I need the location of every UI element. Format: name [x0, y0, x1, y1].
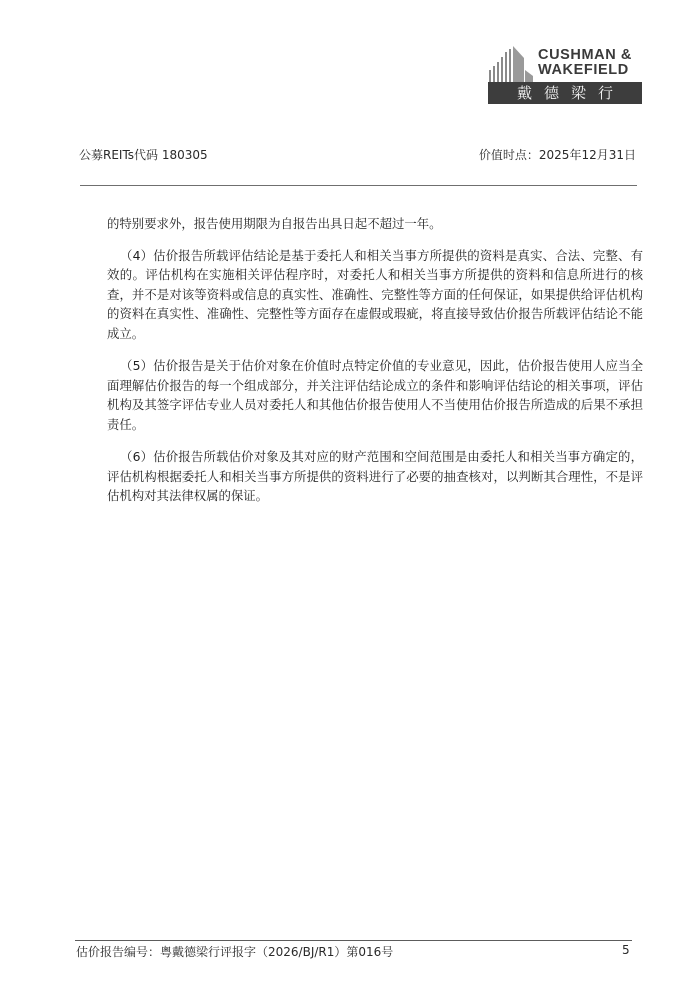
header-divider	[80, 185, 637, 186]
report-body: 的特别要求外，报告使用期限为自报告出具日起不超过一年。 （4）估价报告所载评估结…	[107, 214, 643, 519]
company-logo: CUSHMAN & WAKEFIELD 戴德梁行	[488, 44, 642, 104]
reits-code: 公募REITs代码 180305	[79, 146, 208, 163]
logo-brand-text: CUSHMAN & WAKEFIELD	[538, 48, 632, 78]
paragraph-item-6: （6）估价报告所载估价对象及其对应的财产范围和空间范围是由委托人和相关当事方确定…	[107, 447, 643, 506]
logo-brand-line2: WAKEFIELD	[538, 63, 632, 78]
valuation-date: 价值时点：2025年12月31日	[479, 146, 636, 163]
report-number: 估价报告编号：粤戴德梁行评报字（2026/BJ/R1）第016号	[76, 943, 393, 960]
page-number: 5	[622, 943, 630, 957]
paragraph-item-5: （5）估价报告是关于估价对象在价值时点特定价值的专业意见，因此，估价报告使用人应…	[107, 356, 643, 434]
logo-chinese-name: 戴德梁行	[488, 82, 642, 104]
logo-brand-line1: CUSHMAN &	[538, 48, 632, 63]
paragraph-item-4: （4）估价报告所载评估结论是基于委托人和相关当事方所提供的资料是真实、合法、完整…	[107, 246, 643, 344]
building-bars-icon	[488, 46, 534, 82]
paragraph-continuation: 的特别要求外，报告使用期限为自报告出具日起不超过一年。	[107, 214, 643, 234]
footer-divider	[75, 940, 632, 941]
